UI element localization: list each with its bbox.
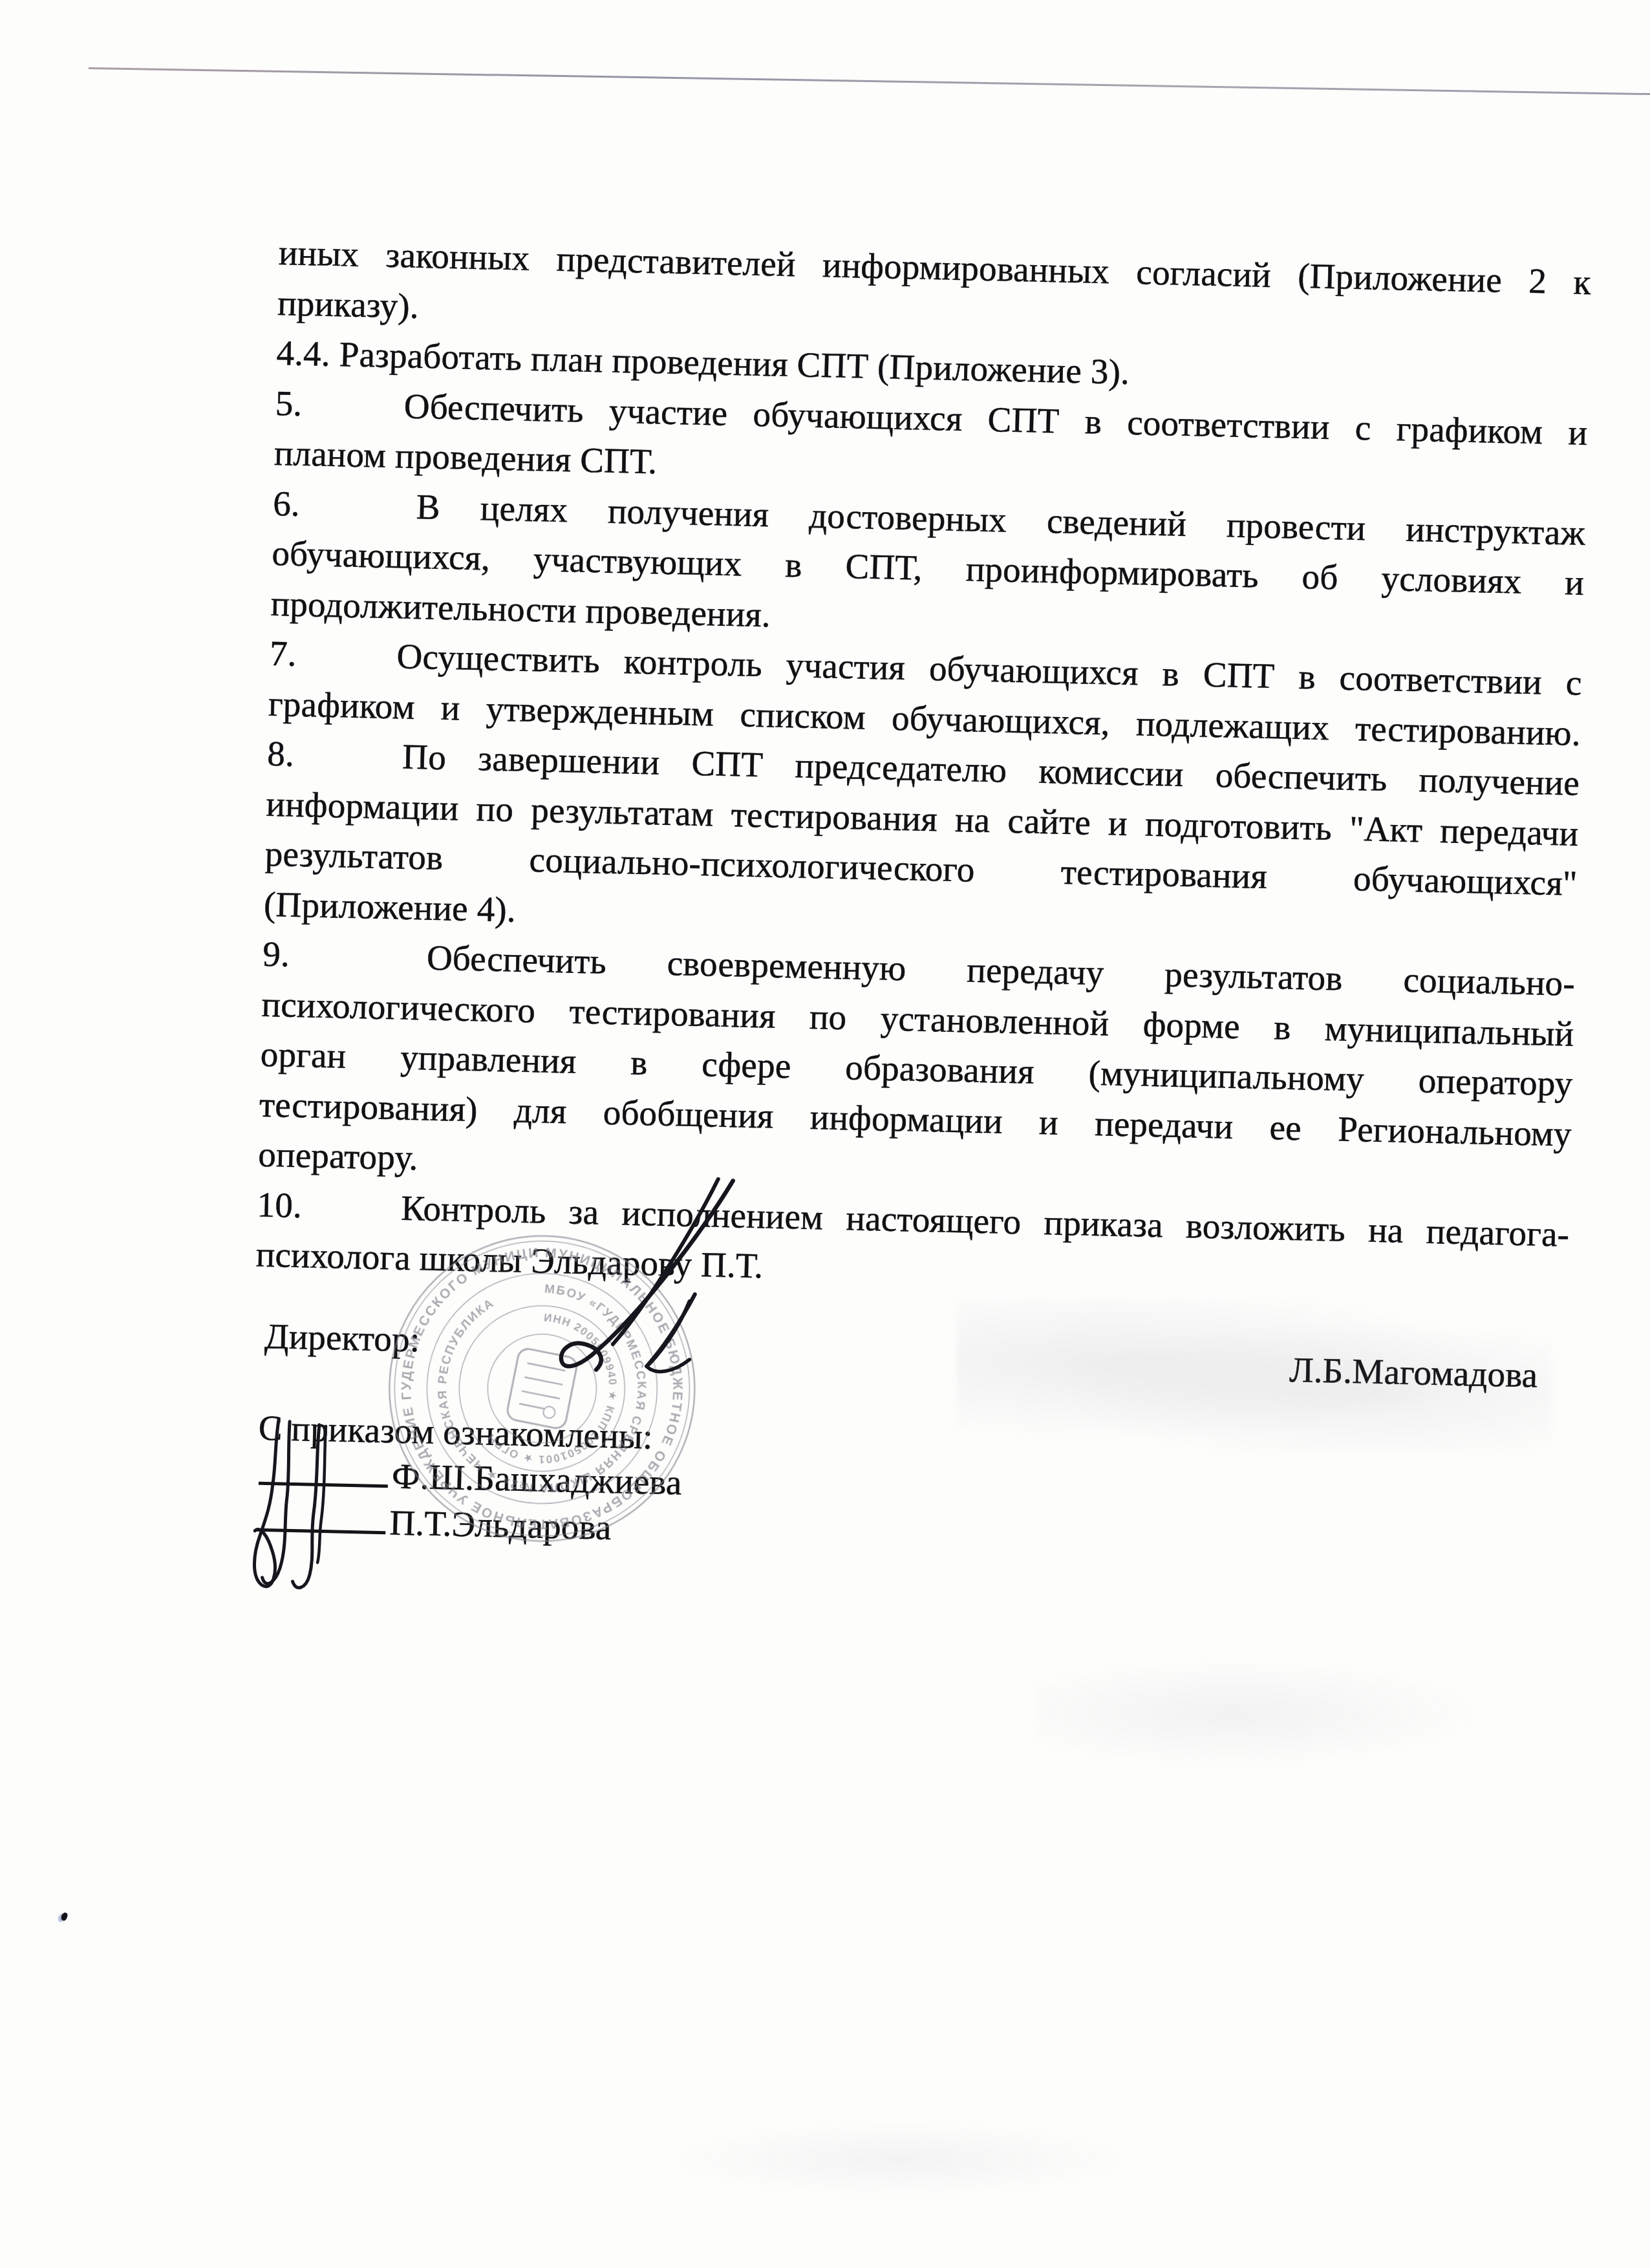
- tab-spacer: [290, 967, 366, 968]
- list-number: 6.: [273, 483, 301, 523]
- director-signature-ink: [544, 1171, 762, 1396]
- tab-spacer: [302, 1217, 378, 1219]
- tab-spacer: [302, 415, 378, 417]
- scanner-artifact-line: [89, 67, 1650, 95]
- bleed-through-ghost: [679, 2114, 1170, 2205]
- director-name: Л.Б.Магомадова: [1289, 1345, 1538, 1400]
- list-number: 5.: [275, 383, 303, 423]
- scanned-document-page: иных законных представителей информирова…: [0, 0, 1650, 2268]
- tab-spacer: [300, 515, 376, 517]
- list-number: 9.: [262, 934, 290, 974]
- list-number: 7.: [269, 634, 297, 674]
- list-number: 8.: [267, 734, 295, 774]
- document-content: иных законных представителей информирова…: [247, 228, 1591, 1679]
- tab-spacer: [294, 766, 370, 768]
- document-lines: иных законных представителей информирова…: [255, 228, 1591, 1309]
- stray-ink-dot: [60, 1912, 68, 1921]
- signatory-signatures-ink: [239, 1415, 367, 1605]
- list-number: 10.: [257, 1184, 303, 1225]
- tab-spacer: [296, 666, 372, 668]
